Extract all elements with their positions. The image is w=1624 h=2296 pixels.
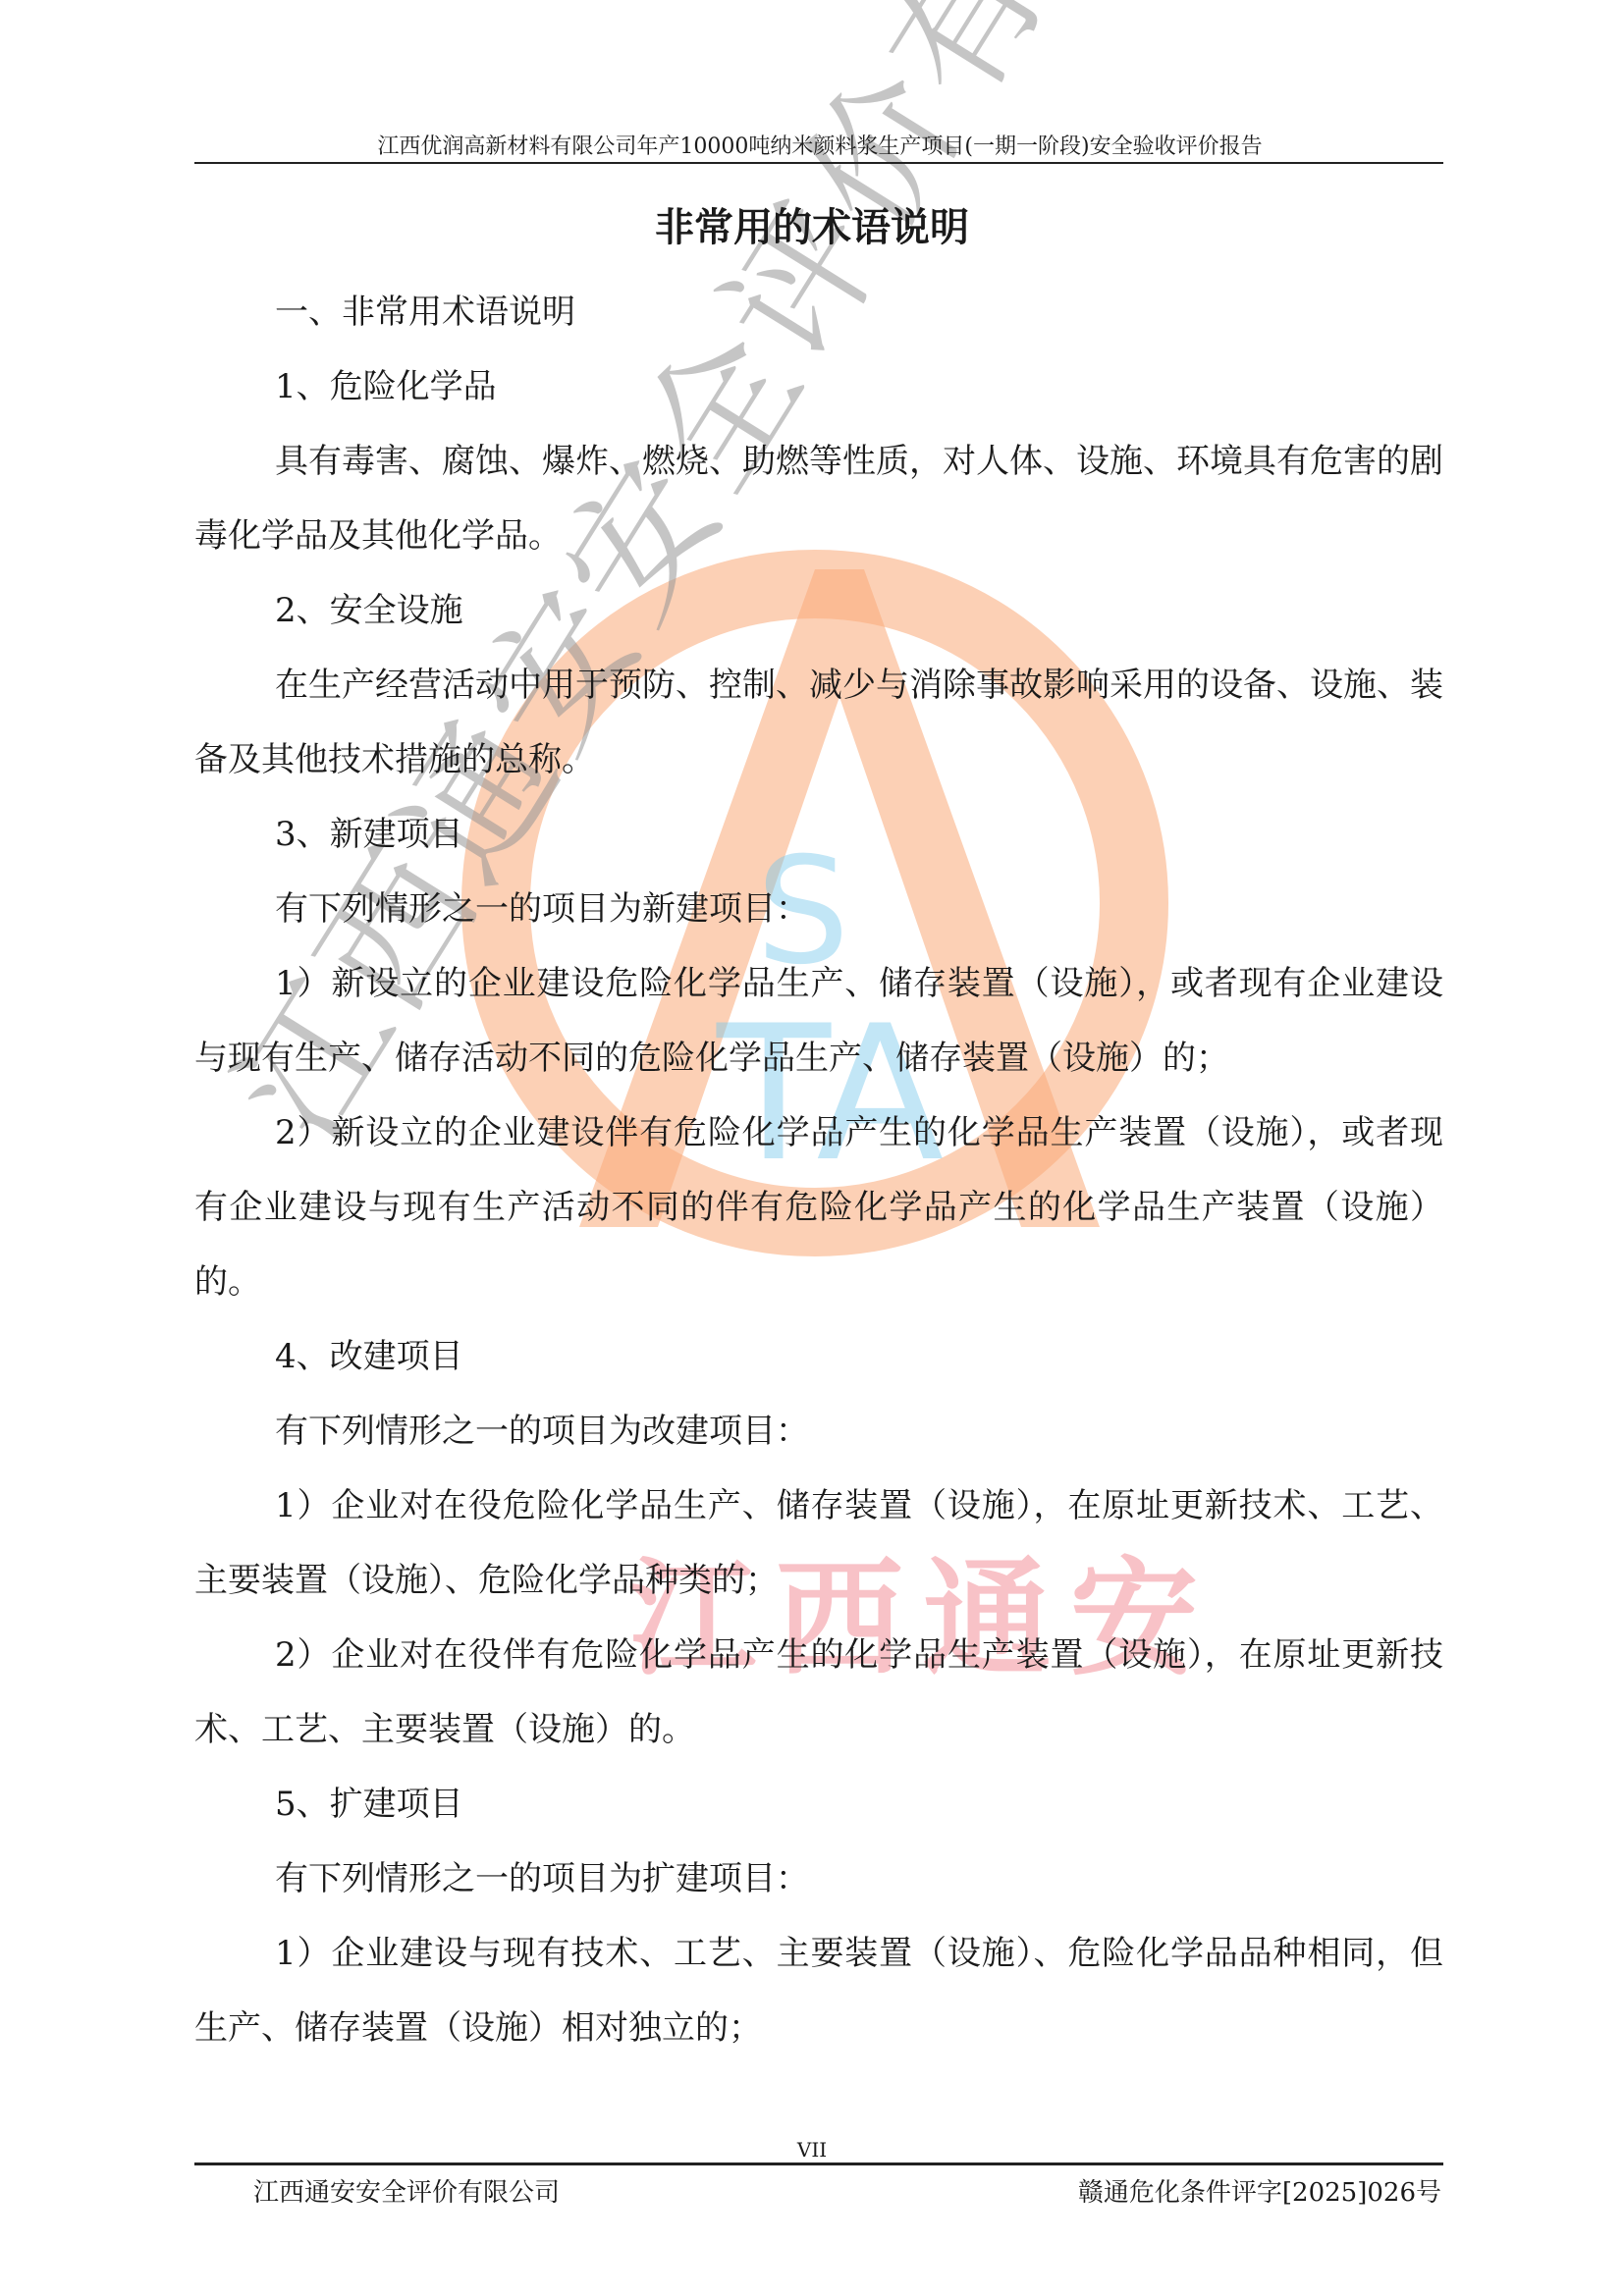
document-page: S TA 江西通安 江西通安安全评价有限公司 江西优润高新材料有限公司年产100… bbox=[0, 0, 1624, 2296]
footer-company: 江西通安安全评价有限公司 bbox=[253, 2172, 560, 2209]
term-definition: 有下列情形之一的项目为新建项目： bbox=[194, 872, 1443, 946]
term-heading: 1、危险化学品 bbox=[194, 349, 1443, 424]
term-heading: 2、安全设施 bbox=[194, 573, 1443, 648]
document-body: 一、非常用术语说明 1、危险化学品 具有毒害、腐蚀、爆炸、燃烧、助燃等性质，对人… bbox=[194, 275, 1443, 2065]
list-item: 2）新设立的企业建设伴有危险化学品产生的化学品生产装置（设施），或者现有企业建设… bbox=[194, 1095, 1443, 1319]
term-heading: 5、扩建项目 bbox=[194, 1767, 1443, 1842]
term-definition: 有下列情形之一的项目为改建项目： bbox=[194, 1394, 1443, 1468]
header-divider bbox=[194, 162, 1443, 164]
term-heading: 4、改建项目 bbox=[194, 1319, 1443, 1394]
page-number: VII bbox=[0, 2138, 1624, 2162]
list-item: 1）企业建设与现有技术、工艺、主要装置（设施）、危险化学品品种相同，但生产、储存… bbox=[194, 1916, 1443, 2065]
running-header: 江西优润高新材料有限公司年产10000吨纳米颜料浆生产项目(一期一阶段)安全验收… bbox=[196, 130, 1443, 160]
list-item: 1）企业对在役危险化学品生产、储存装置（设施），在原址更新技术、工艺、主要装置（… bbox=[194, 1468, 1443, 1618]
footer-doc-number: 赣通危化条件评字[2025]026号 bbox=[1078, 2172, 1441, 2209]
list-item: 2）企业对在役伴有危险化学品产生的化学品生产装置（设施），在原址更新技术、工艺、… bbox=[194, 1618, 1443, 1767]
term-definition: 有下列情形之一的项目为扩建项目： bbox=[194, 1842, 1443, 1916]
term-definition: 具有毒害、腐蚀、爆炸、燃烧、助燃等性质，对人体、设施、环境具有危害的剧毒化学品及… bbox=[194, 424, 1443, 573]
list-item: 1）新设立的企业建设危险化学品生产、储存装置（设施），或者现有企业建设与现有生产… bbox=[194, 946, 1443, 1095]
term-heading: 3、新建项目 bbox=[194, 797, 1443, 872]
page-title: 非常用的术语说明 bbox=[0, 196, 1624, 252]
term-definition: 在生产经营活动中用于预防、控制、减少与消除事故影响采用的设备、设施、装备及其他技… bbox=[194, 648, 1443, 797]
footer-divider bbox=[194, 2163, 1443, 2165]
section-heading: 一、非常用术语说明 bbox=[194, 275, 1443, 349]
